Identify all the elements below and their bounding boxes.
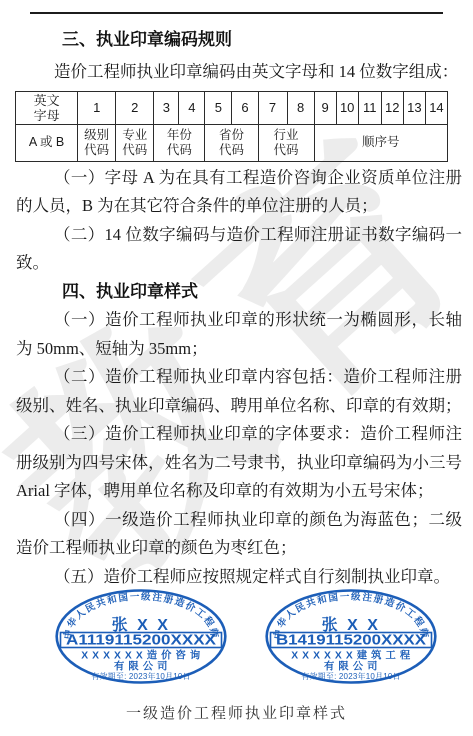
- section-4-heading: 四、执业印章样式: [16, 278, 462, 307]
- table-cell-digit-2: 2: [116, 91, 154, 124]
- section-3-heading: 三、执业印章编码规则: [16, 28, 462, 52]
- table-meaning-row: A 或 B 级别 代码 专业 代码 年份 代码 省份 代码 行业 代码 顺序号: [16, 124, 448, 161]
- table-cell-digit-13: 13: [403, 91, 425, 124]
- seal-company-line1: X X X X X X 建 筑 工 程: [291, 649, 411, 662]
- table-cell-digit-3: 3: [154, 91, 179, 124]
- seal-code-number: A1119115200XXXX: [66, 633, 216, 649]
- table-cell-a-or-b: A 或 B: [16, 124, 78, 161]
- table-cell-year-code: 年份 代码: [154, 124, 205, 161]
- document-page: 教育 三、执业印章编码规则 造价工程师执业印章编码由英文字母和 14 位数字组成…: [0, 0, 473, 736]
- seal-company-line2: 有 限 公 司: [114, 660, 168, 673]
- section-4-item-2: （二）造价工程师执业印章内容包括：造价工程师注册级别、姓名、执业印章编码、聘用单…: [16, 363, 462, 420]
- seal-sample-caption: 一级造价工程师执业印章样式: [0, 702, 473, 723]
- table-cell-digit-12: 12: [381, 91, 403, 124]
- seal-holder-name: 张 X X: [112, 616, 171, 634]
- table-cell-level-code: 级别 代码: [78, 124, 116, 161]
- table-cell-sequence-number: 顺序号: [314, 124, 447, 161]
- table-cell-digit-11: 11: [358, 91, 381, 124]
- table-cell-industry-code: 行业 代码: [258, 124, 314, 161]
- table-cell-specialty-code: 专业 代码: [116, 124, 154, 161]
- seal-validity-date: 有效期至: 2023年10月10日: [91, 671, 190, 681]
- seal-code-number: B1419115200XXXX: [276, 633, 426, 649]
- table-cell-digit-10: 10: [336, 91, 358, 124]
- table-cell-province-code: 省份 代码: [205, 124, 258, 161]
- seal-company-line1: X X X X X X 造 价 咨 询: [81, 649, 201, 662]
- section-4-item-1: （一）造价工程师执业印章的形状统一为椭圆形，长轴为 50mm、短轴为 35mm；: [16, 306, 462, 363]
- seal-holder-name: 张 X X: [322, 616, 381, 634]
- table-cell-digit-9: 9: [314, 91, 336, 124]
- table-cell-digit-7: 7: [258, 91, 287, 124]
- section-3-item-1: （一）字母 A 为在具有工程造价咨询企业资质单位注册的人员，B 为在其它符合条件…: [16, 164, 462, 221]
- section-3-item-2: （二）14 位数字编码与造价工程师注册证书数字编码一致。: [16, 221, 462, 278]
- seal-company-line2: 有 限 公 司: [324, 660, 378, 673]
- table-cell-digit-5: 5: [205, 91, 232, 124]
- section-3-intro-paragraph: 造价工程师执业印章编码由英文字母和 14 位数字组成：: [16, 58, 462, 87]
- table-cell-digit-6: 6: [232, 91, 258, 124]
- document-body: 三、执业印章编码规则 造价工程师执业印章编码由英文字母和 14 位数字组成： 英…: [16, 0, 462, 591]
- table-cell-letter-header: 英文 字母: [16, 91, 78, 124]
- table-cell-digit-14: 14: [425, 91, 447, 124]
- table-cell-digit-1: 1: [78, 91, 116, 124]
- seal-sample-b: 中华人民共和国一级注册造价工程师 张 X X B1419115200XXXX X…: [265, 589, 437, 684]
- seal-code-structure-table: 英文 字母 1 2 3 4 5 6 7 8 9 10 11 12 13 14 A…: [15, 91, 448, 162]
- table-cell-digit-4: 4: [179, 91, 205, 124]
- table-header-row: 英文 字母 1 2 3 4 5 6 7 8 9 10 11 12 13 14: [16, 91, 448, 124]
- seal-sample-a: 中华人民共和国一级注册造价工程师 张 X X A1119115200XXXX X…: [55, 589, 227, 684]
- seal-validity-date: 有效期至: 2023年10月10日: [301, 671, 400, 681]
- section-4-item-3: （三）造价工程师执业印章的字体要求：造价工程师注册级别为四号宋体，姓名为二号隶书…: [16, 420, 462, 506]
- table-cell-digit-8: 8: [287, 91, 314, 124]
- section-4-item-5: （五）造价工程师应按照规定样式自行刻制执业印章。: [16, 563, 462, 592]
- section-4-item-4: （四）一级造价工程师执业印章的颜色为海蓝色；二级造价工程师执业印章的颜色为枣红色…: [16, 506, 462, 563]
